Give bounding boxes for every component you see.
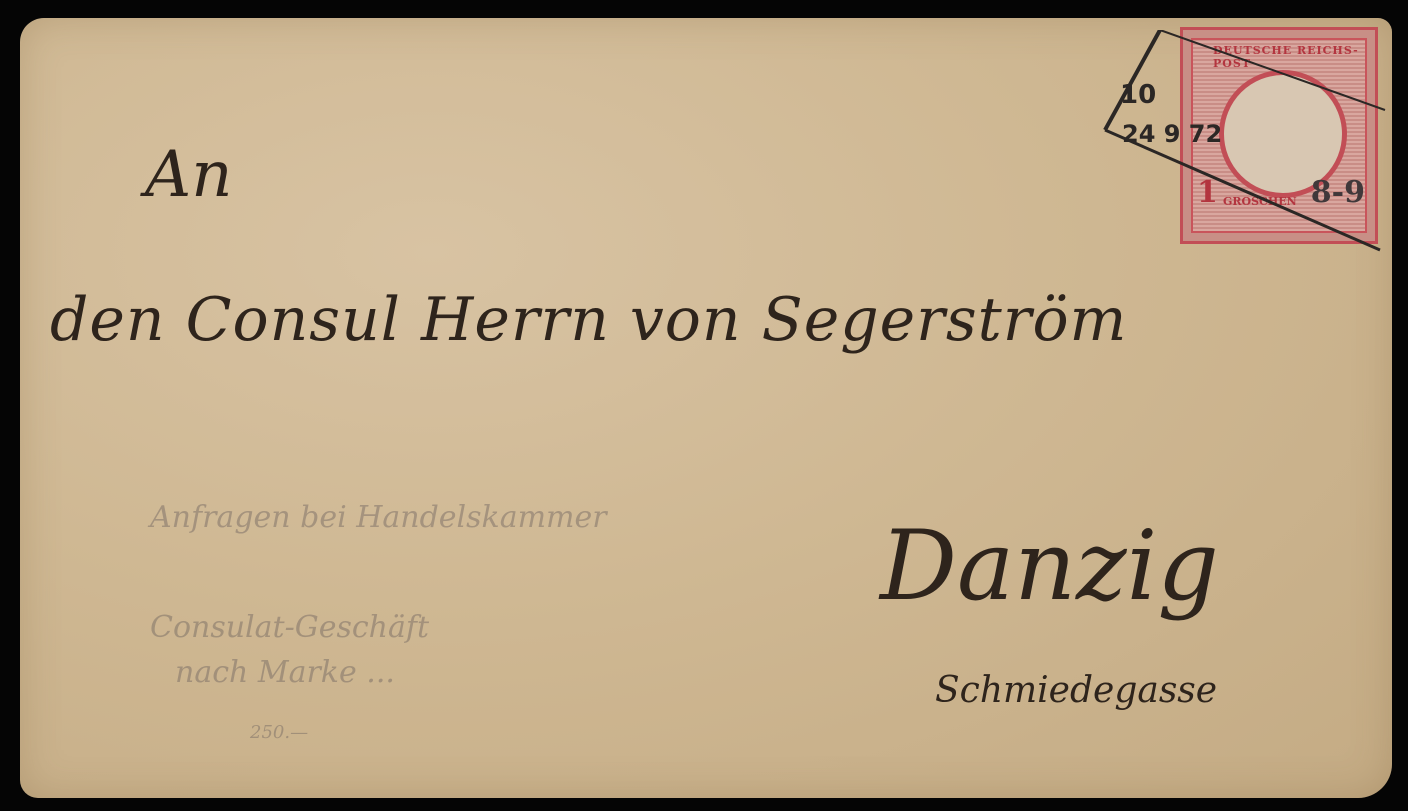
pencil-note: nach Marke ... <box>175 655 395 690</box>
postmark: 10 24 9 72 <box>1100 30 1390 260</box>
street: Schmiedegasse <box>935 670 1217 711</box>
pencil-note: Consulat-Geschäft <box>150 610 429 645</box>
postmark-line1: 10 <box>1120 80 1156 110</box>
postmark-date: 24 9 72 <box>1122 120 1222 148</box>
recipient-name: den Consul Herrn von Segerström <box>50 285 1127 355</box>
city: Danzig <box>880 510 1219 622</box>
pencil-note: 250.— <box>250 722 308 743</box>
salutation: An <box>145 138 232 212</box>
pencil-note: Anfragen bei Handelskammer <box>150 500 607 535</box>
